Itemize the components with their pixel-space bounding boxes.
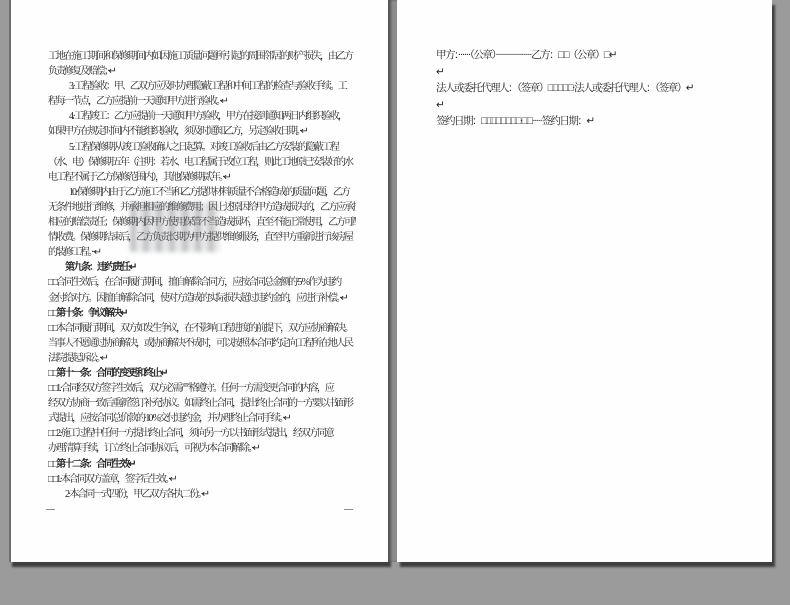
text-line: 5.·工程保修期从竣工验收确认之日起算。对竣工验收后由乙方安装的隐蔽工程 (48, 140, 356, 155)
text-line: 当事人不愿通过协商解决，或协商解决不成时，可以按照本合同约定向工程所在地人民 (48, 336, 356, 351)
text-line: 经双方协商一致后重新签订补充协议。如需终止合同，提出终止合同的一方要以书面形 (48, 396, 356, 411)
margin-mark-bottom-right (344, 509, 353, 510)
text-line: □□本合同履行期间，双方如发生争议，在不影响工程进度的前提下，双方应协商解决。 (48, 321, 356, 336)
text-line: □□合同生效后，在合同履行期间，擅自解除合同方，应按合同总金额的·5·%作为违约 (48, 275, 356, 290)
text-line: □□1.·合同经双方签字生效后，双方必需严格遵守。任何一方需变更合同的内容，应 (48, 381, 356, 396)
text-line: 10.·保修期内由于乙方施工不当和乙方提供材料质量不合格造成的质量问题，乙方 (48, 185, 356, 200)
text-line: 4.·工程竣工：乙方应提前一天通知甲方验收，甲方在接到通知两日内组织验收， (48, 109, 356, 124)
page-gap (388, 0, 397, 562)
party-a-seal-line: 甲方：······（公章）··················乙方：□□（公章）… (436, 48, 756, 65)
watermark-blur (130, 202, 220, 252)
text-line: 程每一节点，乙方应提前一天通知甲方进行验收。·↵ (48, 94, 356, 109)
blank-line: ↵ (436, 98, 756, 115)
text-line: 电工程不属于乙方保修范围内），其他保修期贰年。·↵ (48, 170, 356, 185)
text-line: 法院提起诉讼。·↵ (48, 351, 356, 366)
contract-text-left: 工地在施工期间和保修期间内如因施工质量问题所引起的周围邻居的财产损失，由乙方 负… (48, 49, 356, 502)
text-line: □□2.·施工过程中任何一方提出终止合同，须向另一方以书面形式提出，经双方同意 (48, 426, 356, 441)
text-line: （水、电）保修期五年（注明：若水、电工程属于改位工程，则此工地原已安装好的水 (48, 155, 356, 170)
clause-12-heading: □□第十二条：合同生效↵ (48, 457, 356, 472)
contract-text-right: 甲方：······（公章）··················乙方：□□（公章）… (436, 48, 756, 131)
text-line: 如果甲方在规定时间内不能组织验收，须及时通知乙方，另定验收日期。·↵ (48, 124, 356, 139)
contract-page-right: 甲方：······（公章）··················乙方：□□（公章）… (397, 0, 772, 562)
text-line: 办理清算手续，订立终止合同协议后，可视为本合同解除。·↵ (48, 441, 356, 456)
contract-page-left: 工地在施工期间和保修期间内如因施工质量问题所引起的周围邻居的财产损失，由乙方 负… (9, 0, 388, 562)
clause-11-heading: □□第十一条：合同的变更和终止↵ (48, 366, 356, 381)
text-line: 式提出，应按合同总价款的·10·%交付违约金，并办理终止合同手续。·↵ (48, 411, 356, 426)
text-line: 3.·工程验收：甲、乙双方应及时办理隐蔽工程和中间工程的检查与验收手续。工 (48, 79, 356, 94)
document-preview-canvas: { "colors": { "background": "#9b9b9b", "… (0, 0, 790, 605)
text-line: 2·本合同一式四份，甲乙双方各执二份。·↵ (48, 487, 356, 502)
blank-line: ↵ (436, 65, 756, 82)
signing-date-line: 签约日期：□□□□□□□□·□□·····签约日期：↵ (436, 114, 756, 131)
clause-9-heading: 第九条：违约责任↵ (48, 260, 356, 275)
margin-mark-bottom-left (46, 509, 55, 510)
clause-10-heading: □□第十条：争议解决↵ (48, 306, 356, 321)
text-line: 负责修复及赔偿；·↵ (48, 64, 356, 79)
text-line: 金付给对方。因擅自解除合同，使对方造成的实际损失超过违约金的，应进行补偿。·↵ (48, 291, 356, 306)
text-line: 工地在施工期间和保修期间内如因施工质量问题所引起的周围邻居的财产损失，由乙方 (48, 49, 356, 64)
legal-representative-line: 法人或委托代理人：（签章）□□□□□·法人或委托代理人：（签章）↵ (436, 81, 756, 98)
text-line: □□1.·本合同双方盖章，签字后生效。·↵ (48, 472, 356, 487)
